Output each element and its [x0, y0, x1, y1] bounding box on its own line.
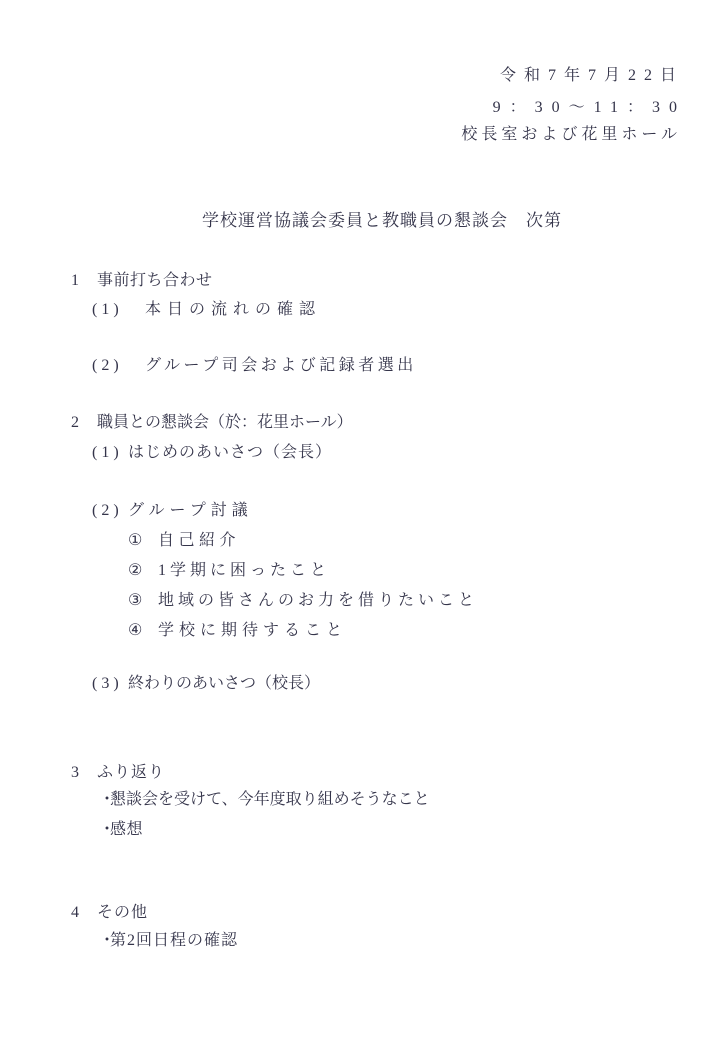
section-1-number: 1: [71, 271, 97, 291]
section-3-heading: ふり返り: [97, 764, 165, 781]
bullet-text: 感想: [110, 821, 143, 838]
section-1-item-1-row: (1)本日の流れの確認: [92, 300, 321, 320]
document-title: 学校運営協議会委員と教職員の懇談会 次第: [202, 210, 562, 232]
bullet-marker: ・: [99, 790, 110, 810]
item-label: (1): [92, 443, 128, 463]
circled-number-marker: ②: [128, 561, 158, 581]
discussion-topic-3-row: ③地域の皆さんのお力を借りたいこと: [128, 591, 478, 611]
section-4-heading: その他: [97, 904, 148, 921]
section-4-bullet-1-row: ・第2回日程の確認: [99, 931, 238, 951]
bullet-text: 第2回日程の確認: [110, 932, 238, 949]
item-text: グループ司会および記録者選出: [145, 357, 417, 374]
item-label: (1): [92, 300, 145, 320]
circled-number-marker: ①: [128, 531, 158, 551]
section-1-heading: 事前打ち合わせ: [97, 272, 213, 289]
topic-text: 自己紹介: [158, 532, 240, 549]
section-1-heading-row: 1事前打ち合わせ: [71, 271, 213, 291]
topic-text: 学校に期待すること: [158, 622, 347, 639]
topic-text: 1学期に困ったこと: [158, 562, 330, 579]
document-page: 令和7年7月22日 9：30～11：30 校長室および花里ホール 学校運営協議会…: [0, 0, 720, 1040]
bullet-marker: ・: [99, 820, 110, 840]
item-label: (3): [92, 674, 128, 694]
topic-text: 地域の皆さんのお力を借りたいこと: [158, 592, 478, 609]
discussion-topic-1-row: ①自己紹介: [128, 531, 240, 551]
section-2-item-1-row: (1)はじめのあいさつ（会長）: [92, 443, 332, 463]
item-label: (2): [92, 356, 145, 376]
header-location-line: 校長室および花里ホール: [461, 124, 681, 146]
item-text: グループ討議: [128, 502, 253, 519]
item-text: はじめのあいさつ（会長）: [128, 444, 332, 461]
item-label: (2): [92, 501, 128, 521]
item-text: 終わりのあいさつ（校長）: [128, 675, 320, 692]
section-4-heading-row: 4その他: [71, 903, 148, 923]
section-4-number: 4: [71, 903, 97, 923]
section-2-item-2-row: (2)グループ討議: [92, 501, 253, 521]
section-2-heading: 職員との懇談会（於：花里ホール）: [97, 414, 353, 431]
section-1-item-2-row: (2)グループ司会および記録者選出: [92, 356, 417, 376]
section-2-item-3-row: (3)終わりのあいさつ（校長）: [92, 674, 320, 694]
discussion-topic-4-row: ④学校に期待すること: [128, 621, 347, 641]
bullet-text: 懇談会を受けて、今年度取り組めそうなこと: [110, 791, 430, 808]
section-3-heading-row: 3ふり返り: [71, 763, 165, 783]
section-3-number: 3: [71, 763, 97, 783]
section-2-heading-row: 2職員との懇談会（於：花里ホール）: [71, 413, 353, 433]
section-3-bullet-1-row: ・懇談会を受けて、今年度取り組めそうなこと: [99, 790, 430, 810]
section-2-number: 2: [71, 413, 97, 433]
circled-number-marker: ③: [128, 591, 158, 611]
item-text: 本日の流れの確認: [145, 301, 321, 318]
header-time-line: 9：30～11：30: [493, 97, 686, 119]
circled-number-marker: ④: [128, 621, 158, 641]
discussion-topic-2-row: ②1学期に困ったこと: [128, 561, 330, 581]
bullet-marker: ・: [99, 931, 110, 951]
section-3-bullet-2-row: ・感想: [99, 820, 143, 840]
header-date-line: 令和7年7月22日: [500, 65, 684, 87]
